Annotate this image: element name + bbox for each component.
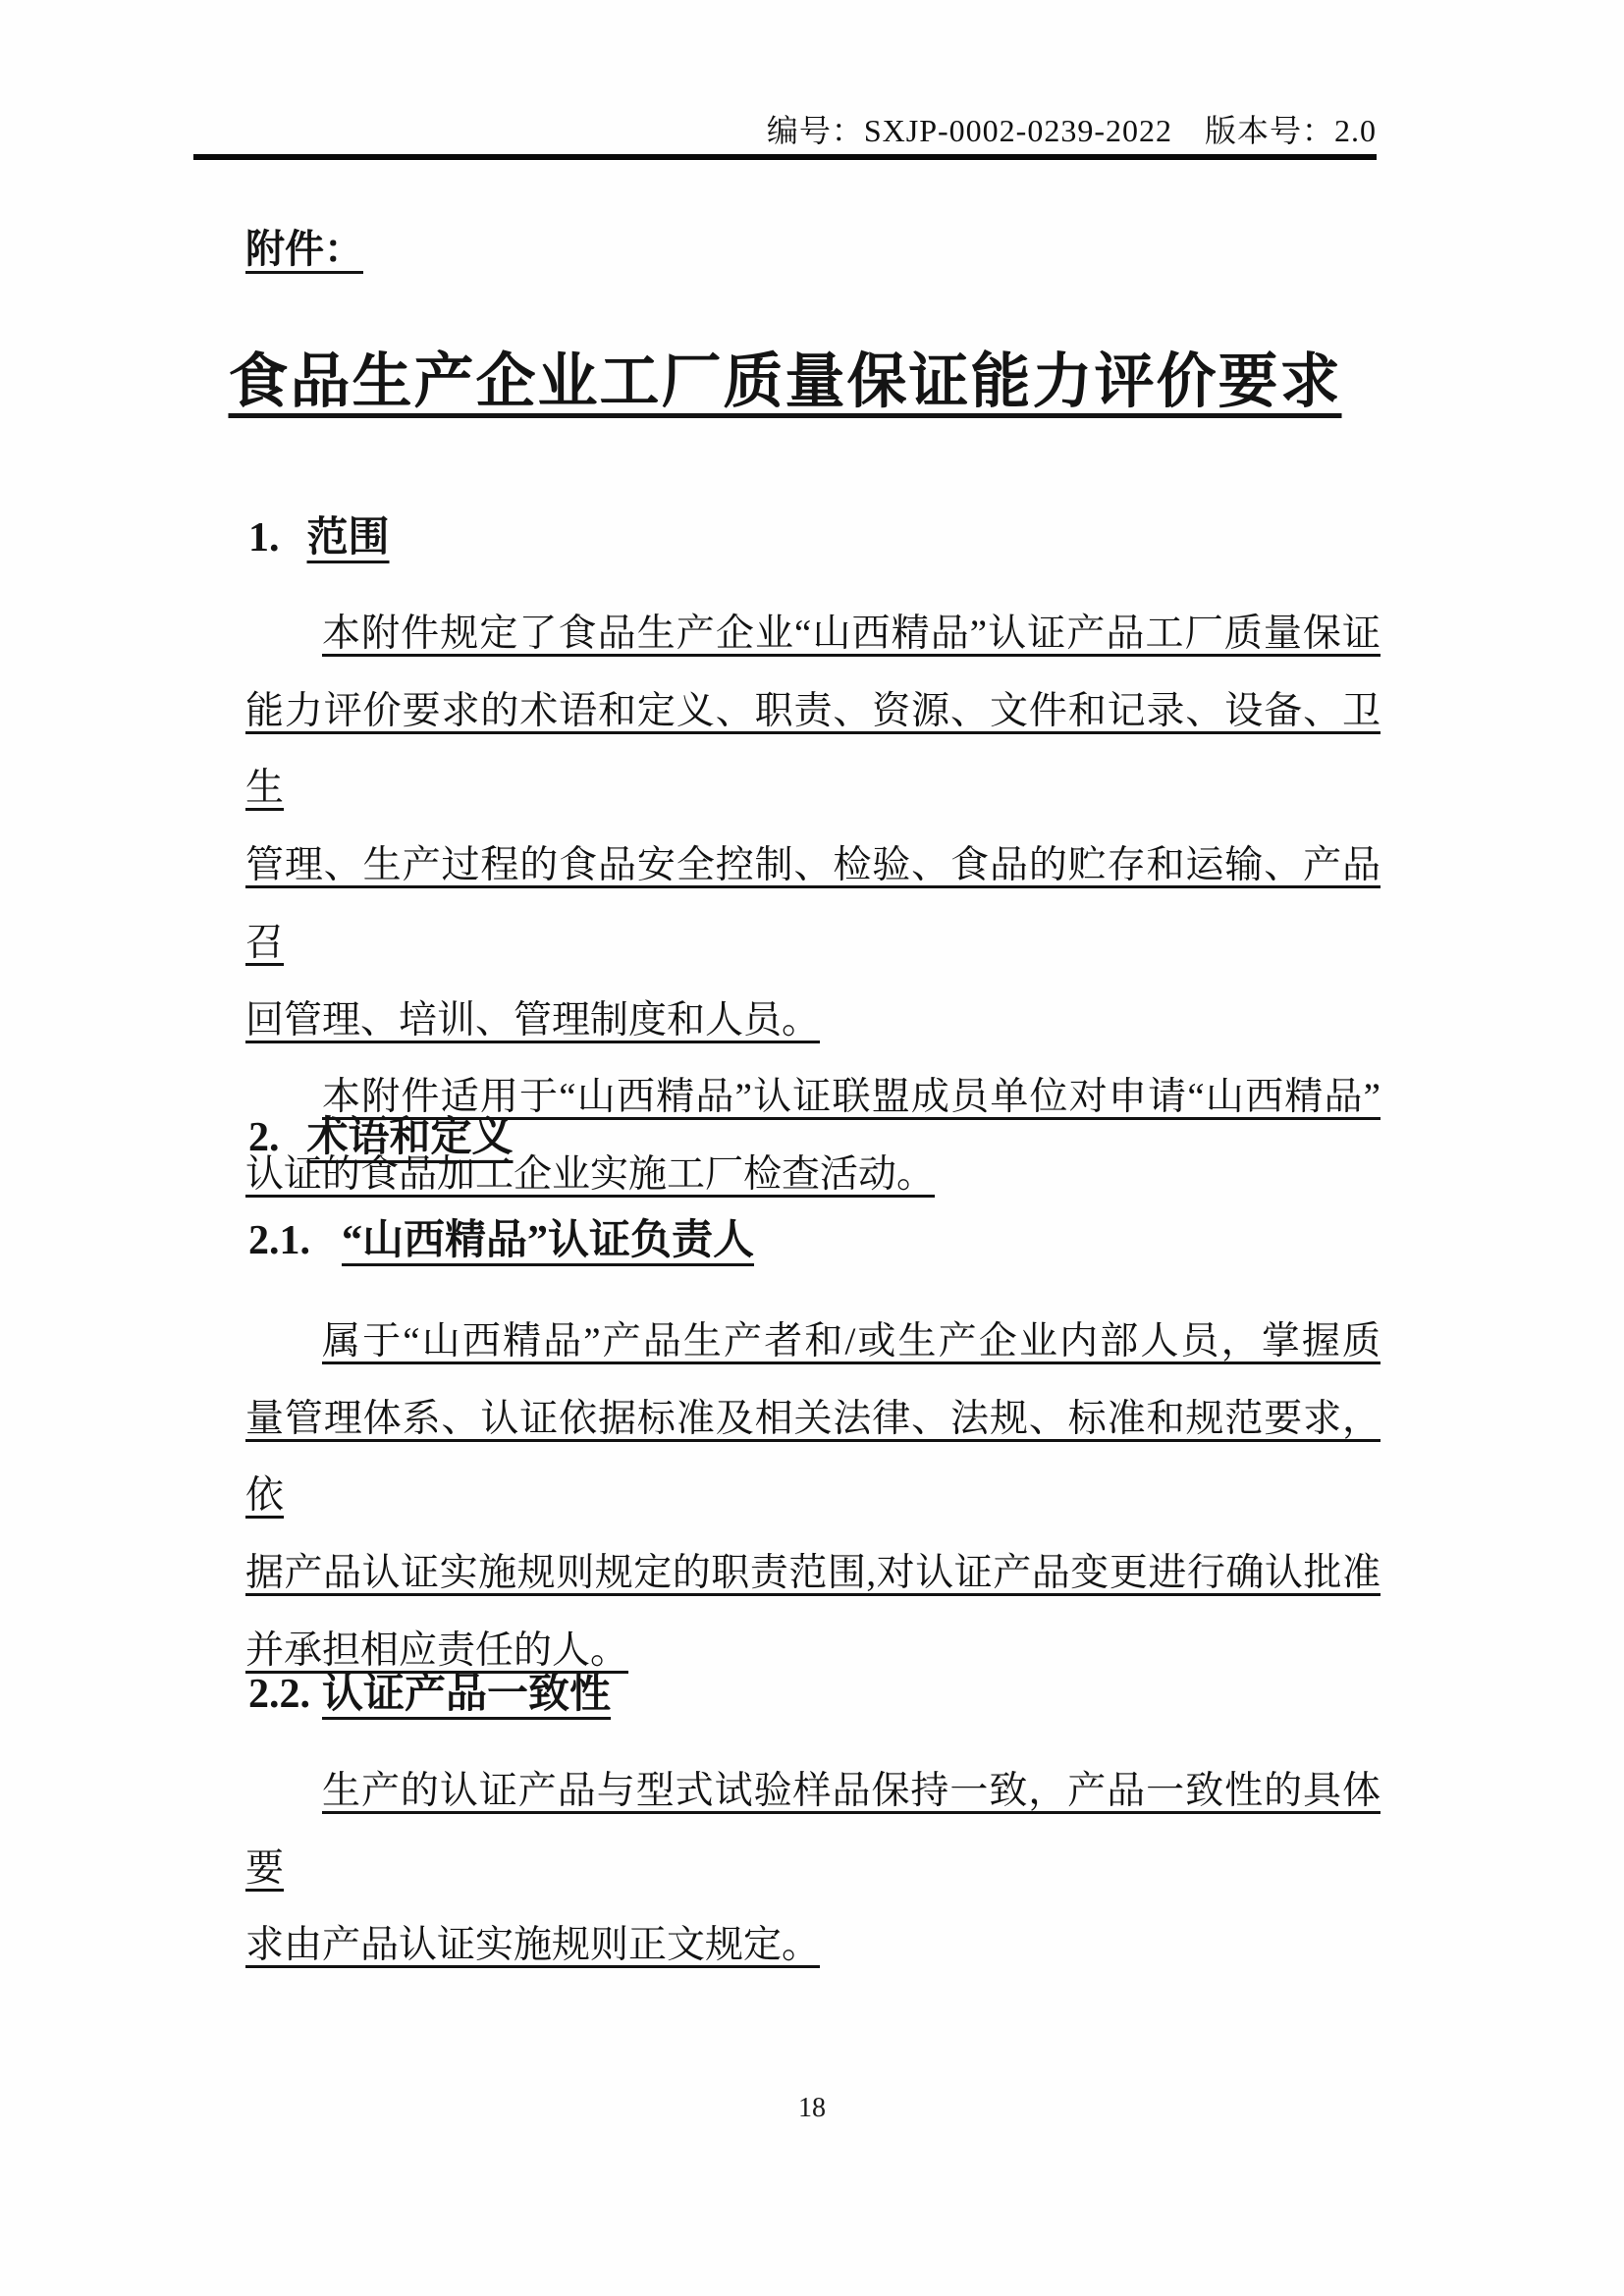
- section-2-2-heading: 2.2.认证产品一致性: [248, 1661, 611, 1720]
- attachment-label-text: 附件：: [245, 227, 363, 271]
- attachment-label: 附件：: [245, 218, 363, 274]
- section-2-heading-text: 术语和定义: [307, 1115, 514, 1160]
- section-2-1-heading: 2.1.“山西精品”认证负责人: [248, 1207, 754, 1266]
- text-line: 回管理、培训、管理制度和人员。: [245, 983, 1380, 1060]
- section-1-number: 1.: [248, 515, 280, 561]
- document-page: 编号：SXJP-0002-0239-2022 版本号：2.0 附件： 食品生产企…: [0, 0, 1624, 2296]
- section-2-2-number: 2.2.: [248, 1672, 310, 1717]
- section-2-heading: 2.术语和定义: [248, 1104, 514, 1163]
- document-code-header: 编号：SXJP-0002-0239-2022 版本号：2.0: [767, 106, 1377, 151]
- section-2-2-heading-text: 认证产品一致性: [322, 1672, 611, 1717]
- section-2-number: 2.: [248, 1115, 280, 1160]
- page-title: 食品生产企业工厂质量保证能力评价要求: [193, 334, 1377, 419]
- text-line: 能力评价要求的术语和定义、职责、资源、文件和记录、设备、卫生: [245, 673, 1380, 828]
- text-line: 管理、生产过程的食品安全控制、检验、食品的贮存和运输、产品召: [245, 828, 1380, 982]
- section-2-2-paragraph: 生产的认证产品与型式试验样品保持一致，产品一致性的具体要求由产品认证实施规则正文…: [245, 1753, 1380, 1985]
- section-1-paragraph-1: 本附件规定了食品生产企业“山西精品”认证产品工厂质量保证能力评价要求的术语和定义…: [245, 596, 1380, 1059]
- section-2-1-paragraph: 属于“山西精品”产品生产者和/或生产企业内部人员，掌握质量管理体系、认证依据标准…: [245, 1304, 1380, 1690]
- text-line: 生产的认证产品与型式试验样品保持一致，产品一致性的具体要: [245, 1753, 1380, 1907]
- page-number: 18: [0, 2093, 1624, 2124]
- section-1-heading: 1.范围: [248, 505, 390, 563]
- section-2-1-number: 2.1.: [248, 1218, 310, 1263]
- text-line: 据产品认证实施规则规定的职责范围,对认证产品变更进行确认批准: [245, 1535, 1380, 1613]
- section-1-heading-text: 范围: [307, 515, 390, 561]
- text-line: 求由产品认证实施规则正文规定。: [245, 1907, 1380, 1985]
- section-2-2-body: 生产的认证产品与型式试验样品保持一致，产品一致性的具体要求由产品认证实施规则正文…: [245, 1753, 1380, 1985]
- text-line: 属于“山西精品”产品生产者和/或生产企业内部人员，掌握质: [245, 1304, 1380, 1381]
- section-2-1-heading-text: “山西精品”认证负责人: [342, 1218, 754, 1263]
- header-divider-line: [193, 154, 1377, 160]
- text-line: 本附件规定了食品生产企业“山西精品”认证产品工厂质量保证: [245, 596, 1380, 673]
- section-2-1-body: 属于“山西精品”产品生产者和/或生产企业内部人员，掌握质量管理体系、认证依据标准…: [245, 1304, 1380, 1690]
- page-title-text: 食品生产企业工厂质量保证能力评价要求: [228, 349, 1341, 415]
- text-line: 量管理体系、认证依据标准及相关法律、法规、标准和规范要求，依: [245, 1381, 1380, 1535]
